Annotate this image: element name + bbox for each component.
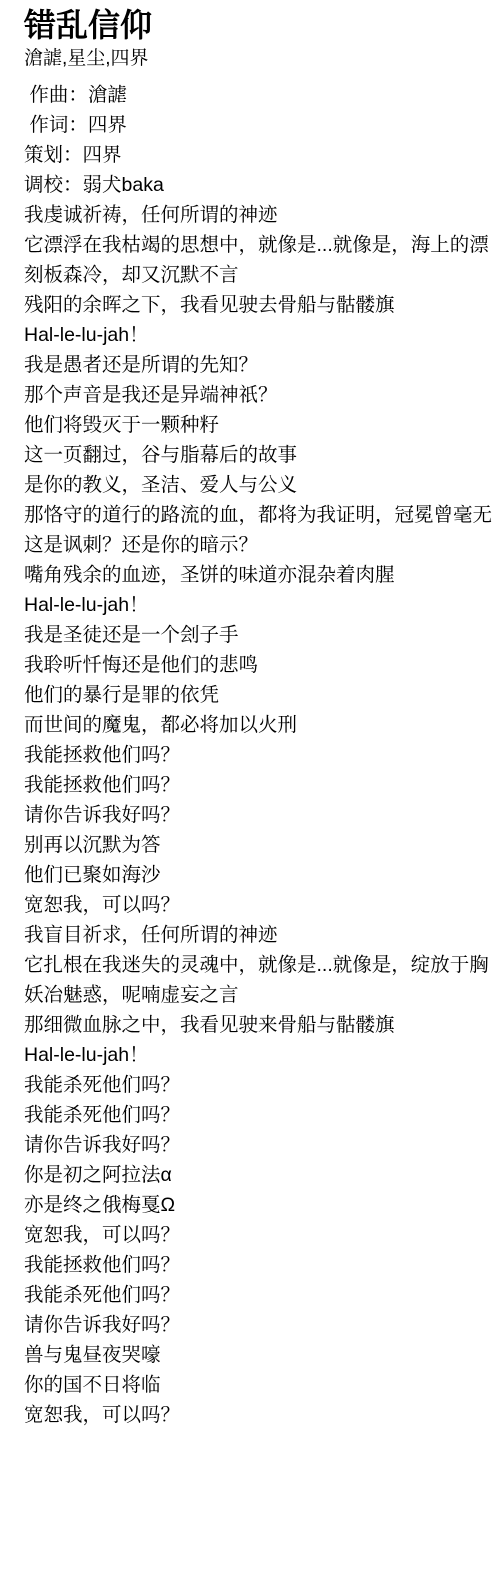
lyric-line: 请你告诉我好吗？: [24, 1310, 500, 1340]
lyric-line: 我能杀死他们吗？: [24, 1100, 500, 1130]
lyric-line: 嘴角残余的血迹，圣饼的味道亦混杂着肉腥: [24, 560, 500, 590]
lyric-line: 他们的暴行是罪的依凭: [24, 680, 500, 710]
lyric-line: 这一页翻过，谷与脂幕后的故事: [24, 440, 500, 470]
lyric-line: 刻板森冷，却又沉默不言: [24, 260, 500, 290]
lyric-line: 他们已聚如海沙: [24, 860, 500, 890]
lyric-line: 请你告诉我好吗？: [24, 1130, 500, 1160]
lyric-line: 妖冶魅惑，呢喃虚妄之言: [24, 980, 500, 1010]
credit-lyricist: 作词：四界: [24, 110, 500, 140]
lyric-line: 我聆听忏悔还是他们的悲鸣: [24, 650, 500, 680]
credits-block: 作曲：滄謔 作词：四界 策划：四界 调校：弱犬baka: [24, 80, 500, 200]
credit-planner: 策划：四界: [24, 140, 500, 170]
lyric-line: 它扎根在我迷失的灵魂中，就像是...就像是，绽放于胸: [24, 950, 500, 980]
lyric-line: Hal-le-lu-jah！: [24, 590, 500, 620]
lyric-line: 那细微血脉之中，我看见驶来骨船与骷髅旗: [24, 1010, 500, 1040]
credit-tuner: 调校：弱犬baka: [24, 170, 500, 200]
page-title: 错乱信仰: [24, 6, 500, 44]
lyric-line: 我是圣徒还是一个刽子手: [24, 620, 500, 650]
lyric-line: 我是愚者还是所谓的先知？: [24, 350, 500, 380]
lyric-line: 宽恕我，可以吗？: [24, 1220, 500, 1250]
lyrics-page: 错乱信仰 滄謔,星尘,四界 作曲：滄謔 作词：四界 策划：四界 调校：弱犬bak…: [0, 0, 500, 1430]
lyric-line: 我能杀死他们吗？: [24, 1280, 500, 1310]
lyric-line: 那恪守的道行的路流的血，都将为我证明，冠冕曾毫无: [24, 500, 500, 530]
lyric-line: 宽恕我，可以吗？: [24, 890, 500, 920]
artists-line: 滄謔,星尘,四界: [24, 48, 500, 70]
lyric-line: 宽恕我，可以吗？: [24, 1400, 500, 1430]
lyric-line: 你是初之阿拉法α: [24, 1160, 500, 1190]
lyric-line: 是你的教义，圣洁、爱人与公义: [24, 470, 500, 500]
credit-composer: 作曲：滄謔: [24, 80, 500, 110]
lyric-line: 我虔诚祈祷，任何所谓的神迹: [24, 200, 500, 230]
lyric-line: 我能拯救他们吗？: [24, 770, 500, 800]
lyric-line: 别再以沉默为答: [24, 830, 500, 860]
lyric-line: 他们将毁灭于一颗种籽: [24, 410, 500, 440]
lyric-line: 我盲目祈求，任何所谓的神迹: [24, 920, 500, 950]
lyric-line: 那个声音是我还是异端神祇？: [24, 380, 500, 410]
lyrics-block: 我虔诚祈祷，任何所谓的神迹 它漂浮在我枯竭的思想中，就像是...就像是，海上的漂…: [24, 200, 500, 1430]
lyric-line: 你的国不日将临: [24, 1370, 500, 1400]
lyric-line: 这是讽刺？还是你的暗示？: [24, 530, 500, 560]
lyric-line: Hal-le-lu-jah！: [24, 1040, 500, 1070]
lyric-line: 兽与鬼昼夜哭嚎: [24, 1340, 500, 1370]
lyric-line: 我能拯救他们吗？: [24, 1250, 500, 1280]
lyric-line: 我能拯救他们吗？: [24, 740, 500, 770]
lyric-line: 亦是终之俄梅戛Ω: [24, 1190, 500, 1220]
lyric-line: 我能杀死他们吗？: [24, 1070, 500, 1100]
lyric-line: 残阳的余晖之下，我看见驶去骨船与骷髅旗: [24, 290, 500, 320]
lyric-line: Hal-le-lu-jah！: [24, 320, 500, 350]
lyric-line: 而世间的魔鬼，都必将加以火刑: [24, 710, 500, 740]
lyric-line: 它漂浮在我枯竭的思想中，就像是...就像是，海上的漂: [24, 230, 500, 260]
lyric-line: 请你告诉我好吗？: [24, 800, 500, 830]
